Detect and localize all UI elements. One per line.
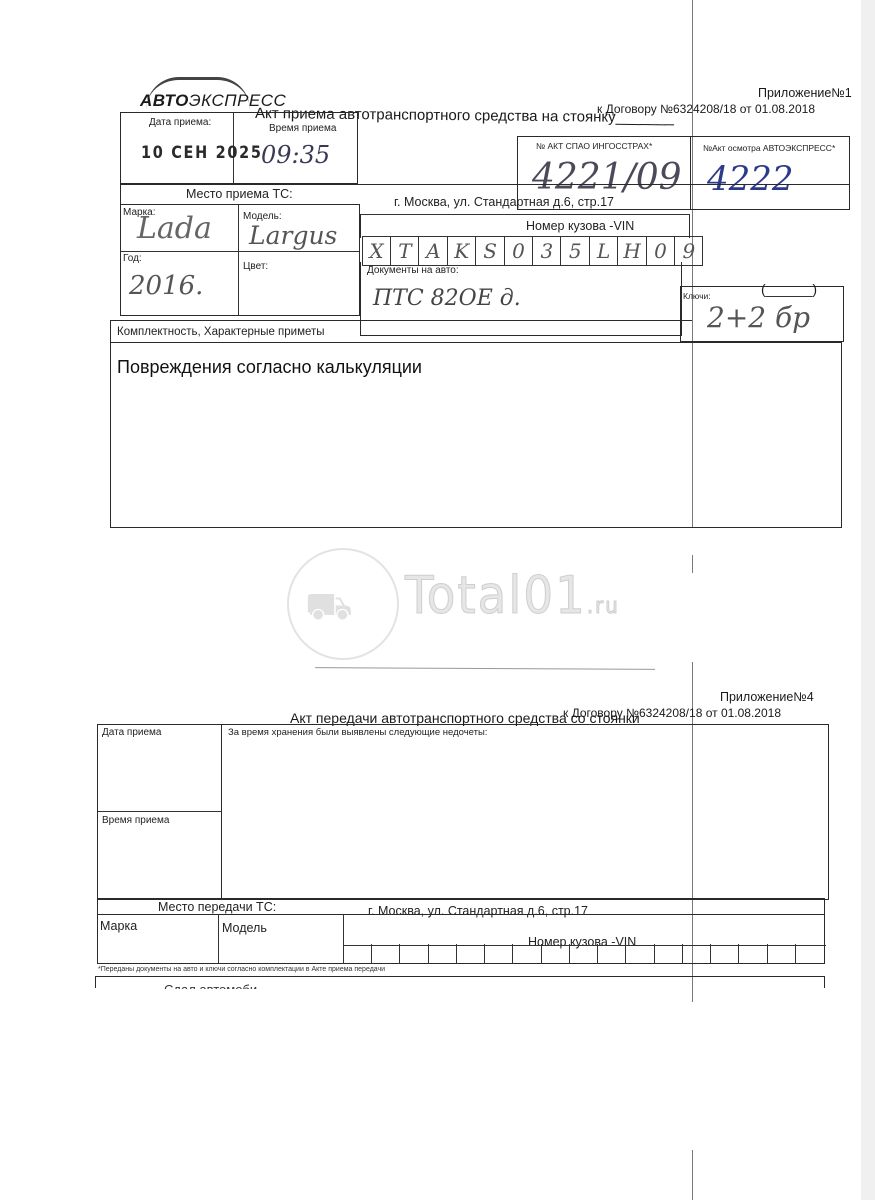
vin-cell-empty [343,944,371,964]
cut-section: Сдал автомоби... [95,976,825,988]
completeness-box: Повреждения согласно калькуляции [110,342,842,528]
vin-char: 5 [562,237,590,265]
time-label: Время приема [269,123,336,134]
keys-count: 2+2 бр [707,301,810,334]
year-value: 2016. [129,271,203,301]
place-row: Место приема ТС: г. Москва, ул. Стандарт… [120,184,850,206]
vin-cell-empty [767,944,795,964]
vin-header: Номер кузова -VIN [360,214,690,238]
damage-note: Повреждения согласно калькуляции [117,357,422,378]
vin-cell-empty [710,944,738,964]
completeness-header: Комплектность, Характерные приметы [110,320,692,344]
vin-char: A [420,237,448,265]
total01-watermark: ⛟ Total01.ru [287,548,875,668]
vin-char: S [477,237,505,265]
vin-cell-empty [541,944,569,964]
vin-cell-empty [371,944,399,964]
vin-cell-empty [597,944,625,964]
vin-char: 3 [533,237,561,265]
vehicle-info-box: Марка: Lada Модель: Largus Год: 2016. Цв… [120,204,360,316]
vin-cell-empty [682,944,710,964]
vin-cell-empty [484,944,512,964]
vin-cell-empty [456,944,484,964]
vin-cell-empty [625,944,653,964]
vin-cell-empty [569,944,597,964]
vin-char: 0 [505,237,533,265]
footnote: *Переданы документы на авто и ключи согл… [98,966,385,973]
vin-cell-empty [512,944,540,964]
vin-cell-empty [795,944,823,964]
date-stamp: 10 СЕН 2025 [141,143,263,163]
vin-char: L [590,237,618,265]
vin-cell-empty [738,944,766,964]
vin-cell-empty [399,944,427,964]
transfer-vin-cells [343,944,823,964]
vin-char: X [363,237,391,265]
date-time-column: Дата приема Время приема [97,724,221,900]
car-icon: ⛟ [305,586,353,634]
vin-char: K [448,237,476,265]
vin-char: 9 [675,237,703,265]
vin-char: 0 [647,237,675,265]
appendix-number: Приложение№1 [758,86,852,100]
keys-box: Ключи: (______) 2+2 бр [680,286,844,342]
defects-box: За время хранения были выявлены следующи… [221,724,829,900]
place-address: г. Москва, ул. Стандартная д.6, стр.17 [394,195,614,209]
vin-cell-empty [428,944,456,964]
documents-value: ПТС 82ОЕ д. [373,286,521,311]
vin-char: T [391,237,419,265]
fold-line [692,1150,693,1200]
appendix-number-4: Приложение№4 [720,690,814,704]
make-value: Lada [137,211,212,246]
time-value: 09:35 [261,141,330,169]
vin-char: H [619,237,647,265]
date-time-box: Дата приема: 10 СЕН 2025 Время приема 09… [120,112,358,184]
avtoexpress-logo: АВТОЭКСПРЕСС [140,75,260,117]
date-label: Дата приема: [149,117,211,128]
vin-cell-empty [654,944,682,964]
model-value: Largus [249,221,337,250]
